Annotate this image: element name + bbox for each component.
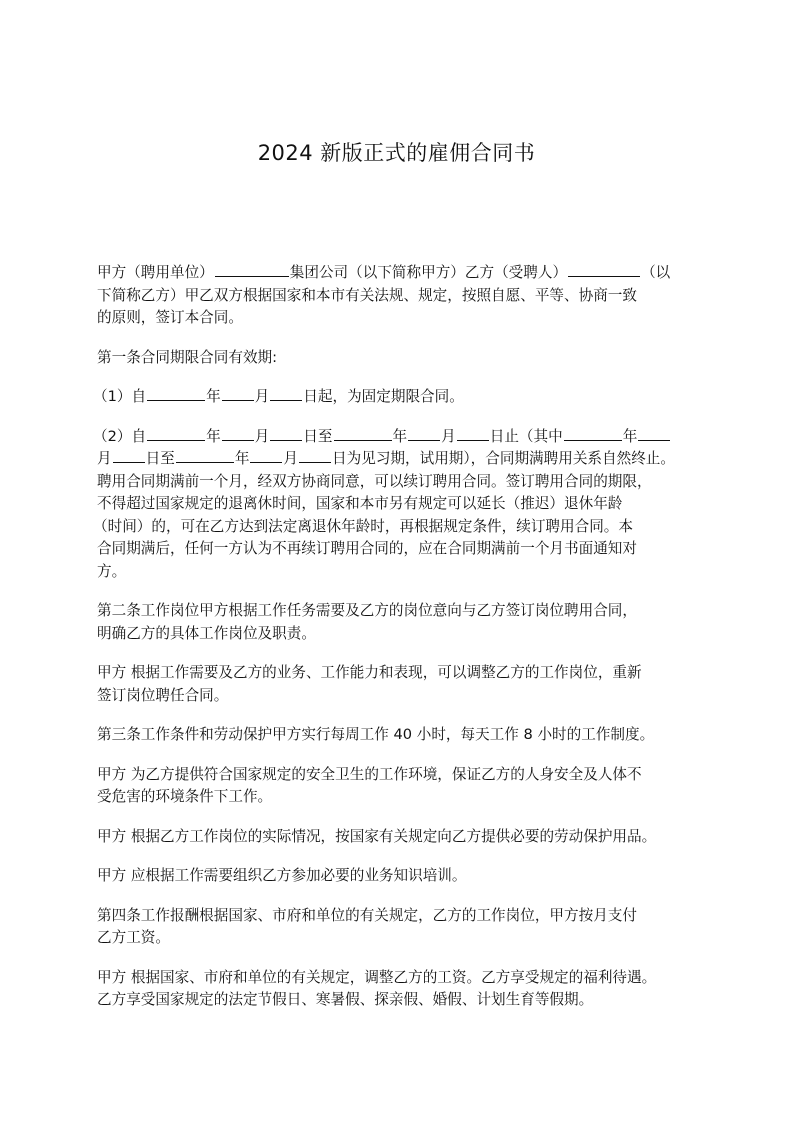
article-text: 乙方享受国家规定的法定节假日、寒暑假、探亲假、婚假、计划生育等假期。 (97, 989, 709, 1012)
article-text: 乙方工资。 (97, 927, 709, 950)
item-text: 月 (97, 450, 112, 467)
item-text: 日为见习期，试用期），合同期满聘用关系自然终止。 (332, 450, 675, 467)
article-text: 明确乙方的具体工作岗位及职责。 (97, 623, 709, 646)
day-blank[interactable] (113, 448, 145, 463)
month-blank[interactable] (638, 426, 670, 441)
employee-blank[interactable] (568, 262, 640, 277)
item-text: 日止（其中 (490, 428, 563, 445)
item-text: 年 (235, 450, 250, 467)
intro-text: 集团公司（以下简称甲方）乙方（受聘人） (290, 264, 567, 281)
employer-blank[interactable] (215, 262, 289, 277)
item-text: 月 (255, 388, 270, 405)
article-text: 签订岗位聘任合同。 (97, 685, 709, 708)
article-text: 第二条工作岗位甲方根据工作任务需要及乙方的岗位意向与乙方签订岗位聘用合同， (97, 600, 709, 623)
intro-text: 的原则，签订本合同。 (97, 307, 709, 330)
article3-paragraph1: 甲方 为乙方提供符合国家规定的安全卫生的工作环境，保证乙方的人身安全及人体不 受… (97, 764, 709, 809)
item-text: （时间）的，可在乙方达到法定离退休年龄时，再根据规定条件，续订聘用合同。本 (93, 516, 709, 539)
month-blank[interactable] (222, 386, 254, 401)
document-body: 甲方（聘用单位）集团公司（以下简称甲方）乙方（受聘人）（以 下简称乙方）甲乙双方… (97, 262, 709, 1012)
article-text: 受危害的环境条件下工作。 (97, 786, 709, 809)
article-text: 甲方 根据国家、市府和单位的有关规定，调整乙方的工资。乙方享受规定的福利待遇。 (97, 967, 709, 990)
item-text: 月 (441, 428, 456, 445)
article1-heading: 第一条合同期限合同有效期: (97, 347, 709, 370)
article3-paragraph2: 甲方 根据乙方工作岗位的实际情况，按国家有关规定向乙方提供必要的劳动保护用品。 (97, 826, 709, 849)
item-text: 月 (255, 428, 270, 445)
item-text: （2）自 (93, 428, 146, 445)
document-page: 2024 新版正式的雇佣合同书 甲方（聘用单位）集团公司（以下简称甲方）乙方（受… (0, 0, 793, 1122)
month-blank[interactable] (222, 426, 254, 441)
item-text: 月 (283, 450, 298, 467)
year-blank[interactable] (147, 426, 205, 441)
day-blank[interactable] (270, 386, 302, 401)
item-text: 年 (206, 428, 221, 445)
year-blank[interactable] (334, 426, 392, 441)
month-blank[interactable] (408, 426, 440, 441)
article3-heading: 第三条工作条件和劳动保护甲方实行每周工作 40 小时，每天工作 8 小时的工作制… (97, 724, 709, 747)
intro-text: （以 (641, 264, 670, 281)
article4-paragraph: 第四条工作报酬根据国家、市府和单位的有关规定，乙方的工作岗位，甲方按月支付 乙方… (97, 905, 709, 950)
item-text: 年 (206, 388, 221, 405)
day-blank[interactable] (270, 426, 302, 441)
document-title: 2024 新版正式的雇佣合同书 (0, 137, 793, 167)
item-text: 方。 (97, 561, 709, 584)
month-blank[interactable] (250, 448, 282, 463)
intro-text: 甲方（聘用单位） (97, 264, 214, 281)
item-text: 日至 (146, 450, 175, 467)
year-blank[interactable] (176, 448, 234, 463)
intro-text: 下简称乙方）甲乙双方根据国家和本市有关法规、规定，按照自愿、平等、协商一致 (97, 285, 709, 308)
item-text: 聘用合同期满前一个月，经双方协商同意，可以续订聘用合同。签订聘用合同的期限， (97, 471, 709, 494)
article2-paragraph: 第二条工作岗位甲方根据工作任务需要及乙方的岗位意向与乙方签订岗位聘用合同， 明确… (97, 600, 709, 645)
item-text: 年 (393, 428, 408, 445)
article1-item1: （1）自年月日起，为固定期限合同。 (93, 386, 709, 409)
year-blank[interactable] (147, 386, 205, 401)
article-text: 甲方 为乙方提供符合国家规定的安全卫生的工作环境，保证乙方的人身安全及人体不 (97, 764, 709, 787)
article-text: 第四条工作报酬根据国家、市府和单位的有关规定，乙方的工作岗位，甲方按月支付 (97, 905, 709, 928)
day-blank[interactable] (457, 426, 489, 441)
item-text: 合同期满后，任何一方认为不再续订聘用合同的，应在合同期满前一个月书面通知对 (97, 538, 709, 561)
item-text: 日起，为固定期限合同。 (303, 388, 464, 405)
item-text: 不得超过国家规定的退离休时间，国家和本市另有规定可以延长（推迟）退休年龄 (97, 493, 709, 516)
day-blank[interactable] (299, 448, 331, 463)
article1-item2: （2）自年月日至年月日止（其中年 月日至年月日为见习期，试用期），合同期满聘用关… (97, 426, 709, 584)
article3-paragraph3: 甲方 应根据工作需要组织乙方参加必要的业务知识培训。 (97, 865, 709, 888)
article4-paragraph2: 甲方 根据国家、市府和单位的有关规定，调整乙方的工资。乙方享受规定的福利待遇。 … (97, 967, 709, 1012)
item-text: 年 (623, 428, 638, 445)
article2-paragraph2: 甲方 根据工作需要及乙方的业务、工作能力和表现，可以调整乙方的工作岗位，重新 签… (97, 662, 709, 707)
year-blank[interactable] (564, 426, 622, 441)
item-text: （1）自 (93, 388, 146, 405)
intro-paragraph: 甲方（聘用单位）集团公司（以下简称甲方）乙方（受聘人）（以 下简称乙方）甲乙双方… (97, 262, 709, 330)
item-text: 日至 (303, 428, 332, 445)
article-text: 甲方 根据工作需要及乙方的业务、工作能力和表现，可以调整乙方的工作岗位，重新 (97, 662, 709, 685)
